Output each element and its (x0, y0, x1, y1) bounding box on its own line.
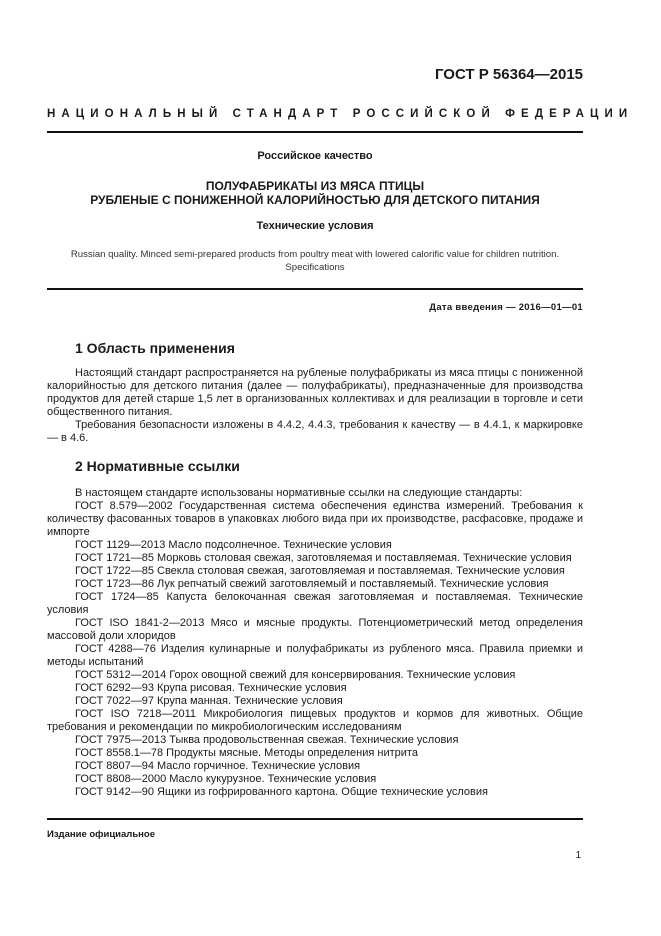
title-divider (47, 288, 583, 290)
section-heading-scope: 1 Область применения (75, 340, 235, 356)
paragraph: ГОСТ 1721—85 Морковь столовая свежая, за… (47, 552, 583, 565)
header-divider (47, 131, 583, 133)
quality-label: Российское качество (47, 150, 583, 162)
paragraph: ГОСТ 1723—86 Лук репчатый свежий заготов… (47, 578, 583, 591)
section-heading-normative-references: 2 Нормативные ссылки (75, 458, 240, 474)
page-number: 1 (575, 850, 581, 861)
paragraph: ГОСТ 8807—94 Масло горчичное. Технически… (47, 760, 583, 773)
paragraph: ГОСТ 1722—85 Свекла столовая свежая, заг… (47, 565, 583, 578)
english-title: Russian quality. Minced semi-prepared pr… (47, 248, 583, 274)
document-number: ГОСТ Р 56364—2015 (435, 66, 583, 83)
english-title-line2: Specifications (47, 261, 583, 274)
paragraph: ГОСТ 5312—2014 Горох овощной свежий для … (47, 669, 583, 682)
national-standard-banner: НАЦИОНАЛЬНЫЙ СТАНДАРТ РОССИЙСКОЙ ФЕДЕРАЦ… (47, 108, 583, 120)
paragraph: ГОСТ 6292—93 Крупа рисовая. Технические … (47, 682, 583, 695)
paragraph: ГОСТ 1724—85 Капуста белокочанная свежая… (47, 591, 583, 617)
footer-divider (47, 818, 583, 820)
paragraph: ГОСТ 8808—2000 Масло кукурузное. Техниче… (47, 773, 583, 786)
paragraph: ГОСТ 4288—76 Изделия кулинарные и полуфа… (47, 643, 583, 669)
document-title-line1: ПОЛУФАБРИКАТЫ ИЗ МЯСА ПТИЦЫ (47, 179, 583, 193)
paragraph: ГОСТ 9142—90 Ящики из гофрированного кар… (47, 786, 583, 799)
paragraph: ГОСТ 8.579—2002 Государственная система … (47, 500, 583, 539)
paragraph: ГОСТ ISO 1841-2—2013 Мясо и мясные проду… (47, 617, 583, 643)
paragraph: ГОСТ 7022—97 Крупа манная. Технические у… (47, 695, 583, 708)
section-body-scope: Настоящий стандарт распространяется на р… (47, 367, 583, 445)
paragraph: ГОСТ ISO 7218—2011 Микробиология пищевых… (47, 708, 583, 734)
introduction-date: Дата введения — 2016—01—01 (429, 302, 583, 313)
paragraph: ГОСТ 8558.1—78 Продукты мясные. Методы о… (47, 747, 583, 760)
official-edition-label: Издание официальное (47, 829, 155, 840)
section-body-normative-references: В настоящем стандарте использованы норма… (47, 487, 583, 799)
document-title-line2: РУБЛЕНЫЕ С ПОНИЖЕННОЙ КАЛОРИЙНОСТЬЮ ДЛЯ … (47, 193, 583, 207)
paragraph: Настоящий стандарт распространяется на р… (47, 367, 583, 419)
english-title-line1: Russian quality. Minced semi-prepared pr… (47, 248, 583, 261)
paragraph: ГОСТ 7975—2013 Тыква продовольственная с… (47, 734, 583, 747)
document-subtitle: Технические условия (47, 220, 583, 232)
paragraph: ГОСТ 1129—2013 Масло подсолнечное. Техни… (47, 539, 583, 552)
paragraph: Требования безопасности изложены в 4.4.2… (47, 419, 583, 445)
paragraph: В настоящем стандарте использованы норма… (47, 487, 583, 500)
